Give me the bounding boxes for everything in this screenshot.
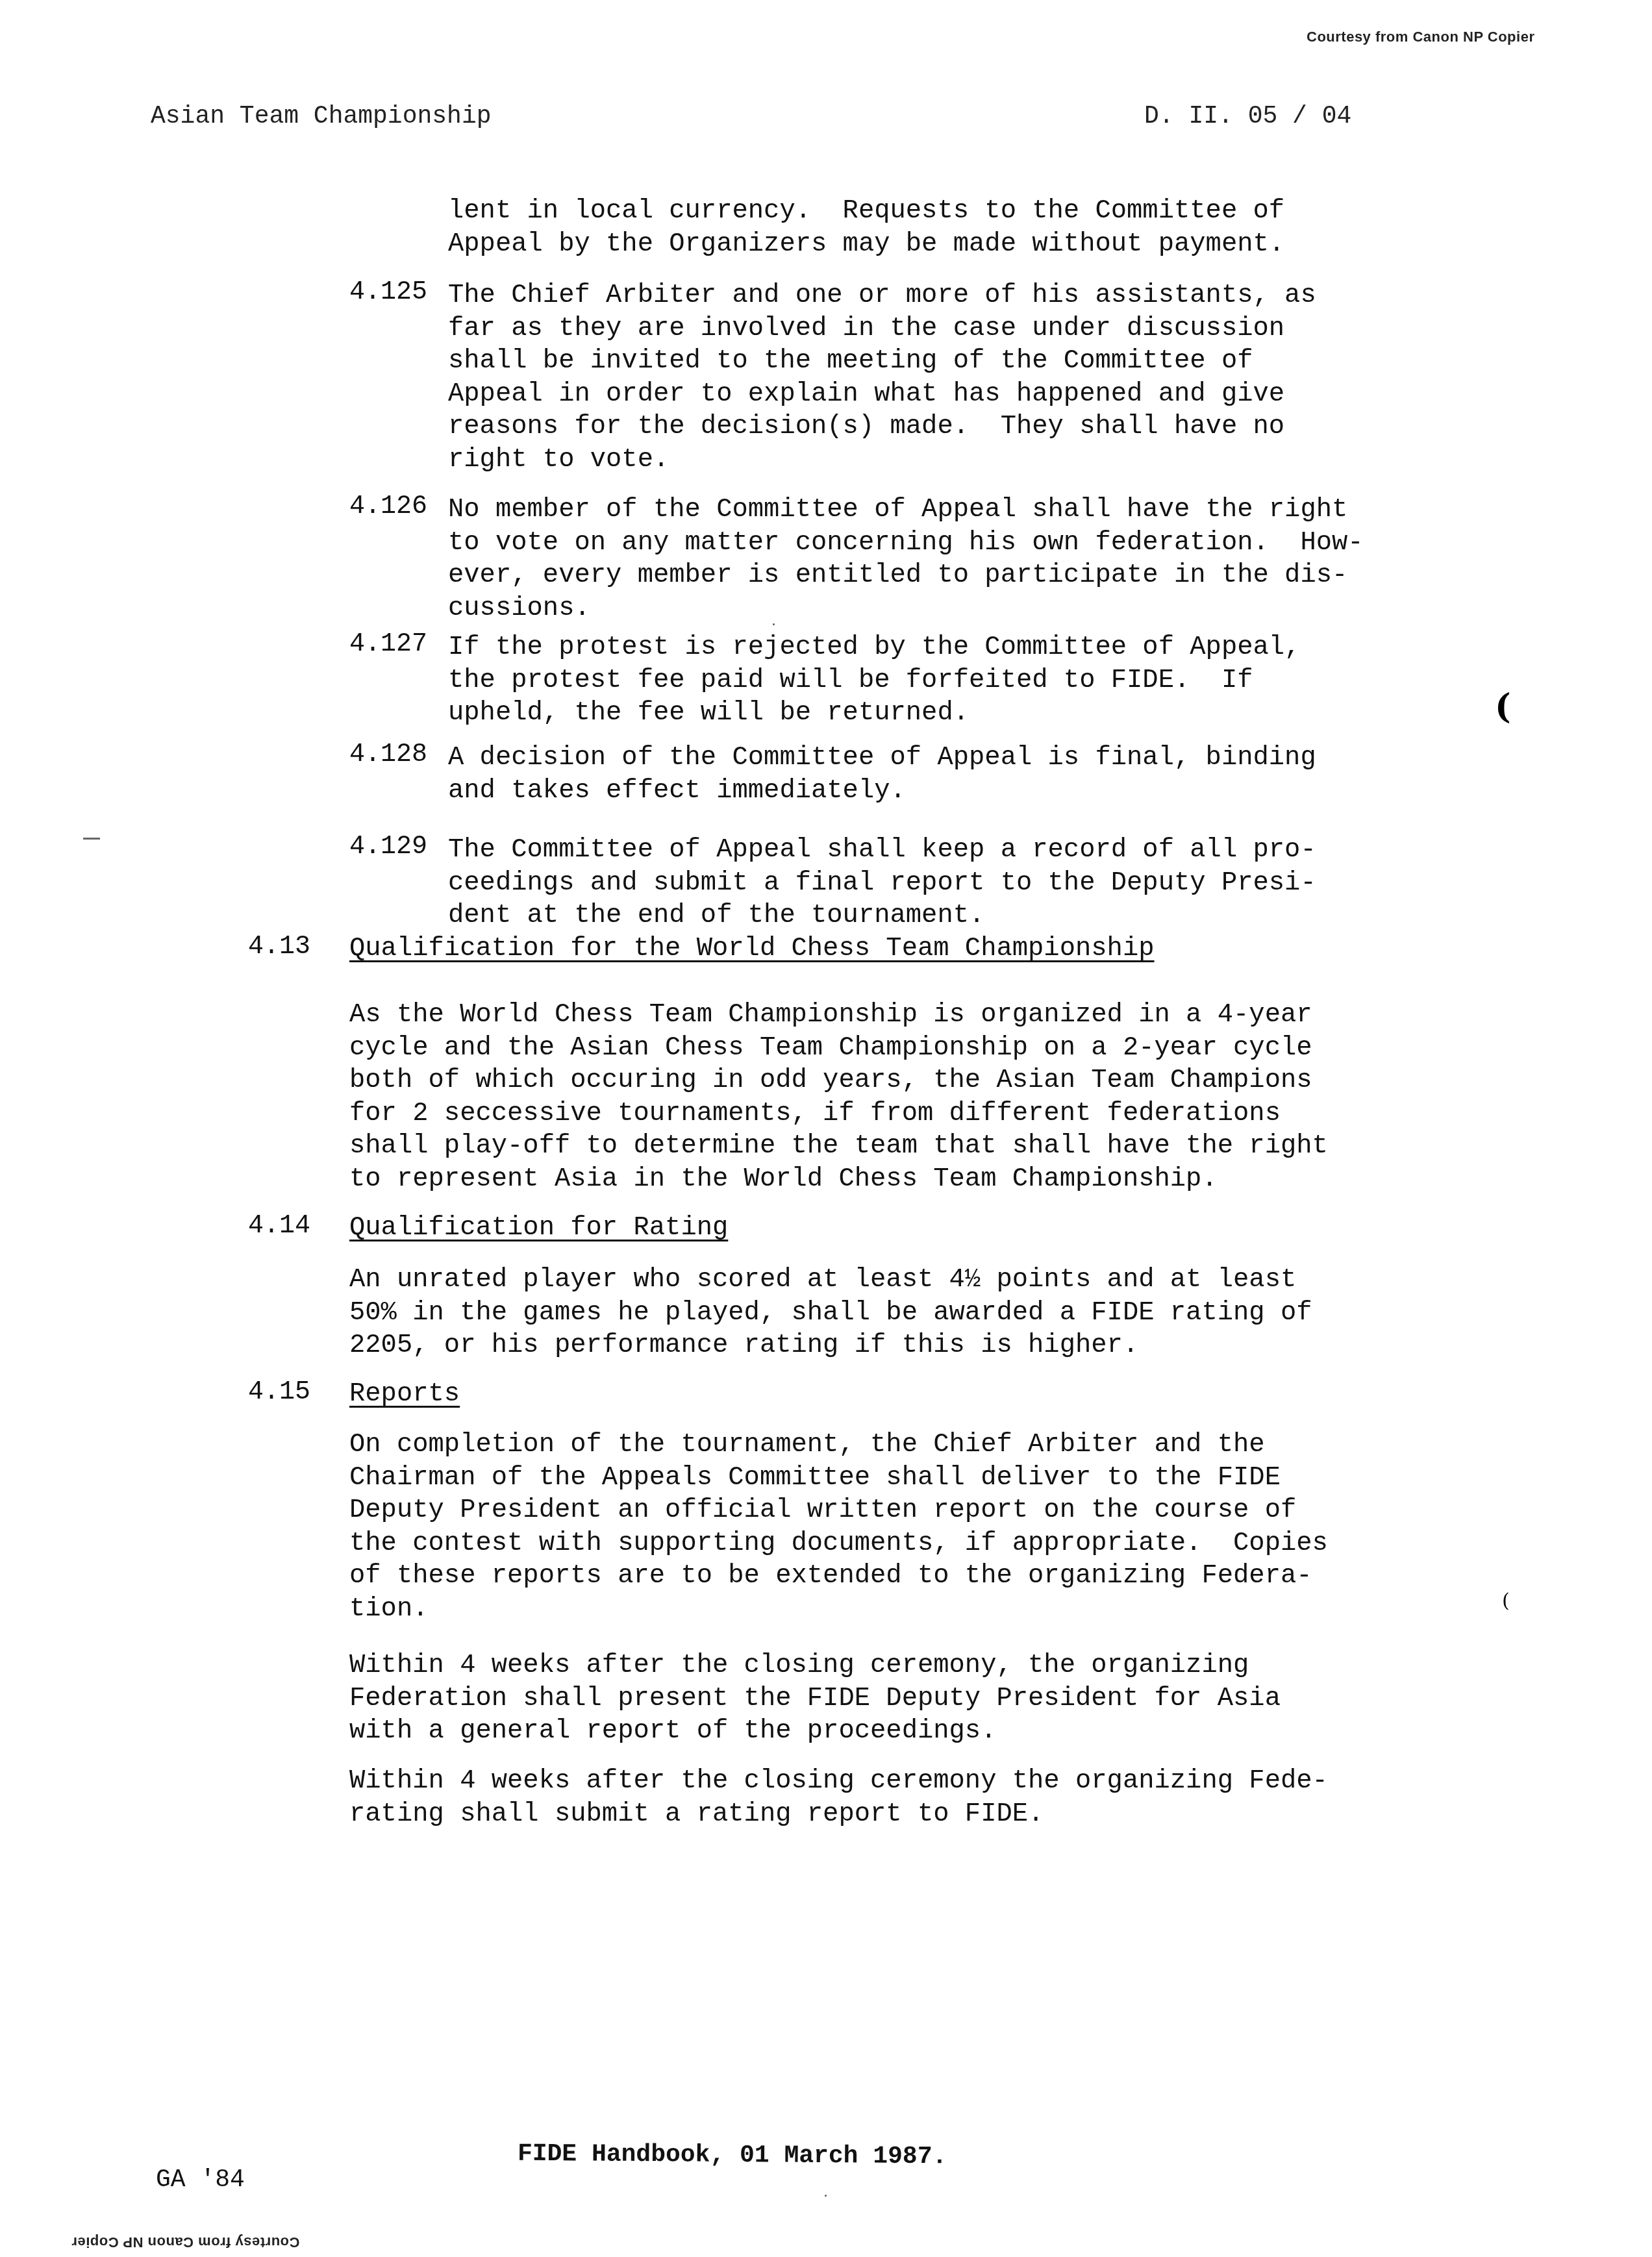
text-line: dent at the end of the tournament.	[448, 899, 1316, 932]
section-4-15-paragraph-3: Within 4 weeks after the closing ceremon…	[349, 1765, 1328, 1830]
text-line: ever, every member is entitled to partic…	[448, 559, 1364, 592]
text-line: No member of the Committee of Appeal sha…	[448, 493, 1364, 527]
text-line: lent in local currency. Requests to the …	[448, 195, 1284, 228]
text-line: both of which occuring in odd years, the…	[349, 1064, 1328, 1097]
section-heading-rating-qualification: Qualification for Rating	[349, 1212, 728, 1245]
continuation-paragraph: lent in local currency. Requests to the …	[448, 195, 1284, 260]
text-line: upheld, the fee will be returned.	[448, 697, 1300, 730]
text-line: the contest with supporting documents, i…	[349, 1527, 1328, 1560]
section-4-14-paragraph: An unrated player who scored at least 4½…	[349, 1264, 1312, 1362]
text-line: rating shall submit a rating report to F…	[349, 1798, 1328, 1831]
copier-notice-top: Courtesy from Canon NP Copier	[1307, 29, 1534, 45]
text-line: 2205, or his performance rating if this …	[349, 1329, 1312, 1362]
clause-number: 4.125	[349, 278, 427, 307]
text-line: the protest fee paid will be forfeited t…	[448, 664, 1300, 697]
text-line: Within 4 weeks after the closing ceremon…	[349, 1765, 1328, 1798]
section-heading-world-team-qualification: Qualification for the World Chess Team C…	[349, 932, 1155, 966]
text-line: Chairman of the Appeals Committee shall …	[349, 1462, 1328, 1495]
text-line: An unrated player who scored at least 4½…	[349, 1264, 1312, 1297]
scan-artifact-paren-icon: (	[1495, 687, 1511, 727]
clause-4-125: The Chief Arbiter and one or more of his…	[448, 279, 1316, 476]
text-line: of these reports are to be extended to t…	[349, 1560, 1328, 1593]
text-line: reasons for the decision(s) made. They s…	[448, 410, 1316, 443]
text-line: As the World Chess Team Championship is …	[349, 999, 1328, 1032]
clause-4-129: The Committee of Appeal shall keep a rec…	[448, 834, 1316, 932]
text-line: for 2 seccessive tournaments, if from di…	[349, 1097, 1328, 1130]
text-line: tion.	[349, 1593, 1328, 1626]
text-line: shall be invited to the meeting of the C…	[448, 345, 1316, 378]
text-line: On completion of the tournament, the Chi…	[349, 1428, 1328, 1462]
section-number: 4.15	[248, 1378, 310, 1407]
text-line: Within 4 weeks after the closing ceremon…	[349, 1649, 1281, 1682]
text-line: 50% in the games he played, shall be awa…	[349, 1297, 1312, 1330]
text-line: with a general report of the proceedings…	[349, 1715, 1281, 1748]
section-number: 4.13	[248, 932, 310, 962]
text-line: to represent Asia in the World Chess Tea…	[349, 1163, 1328, 1196]
text-line: Federation shall present the FIDE Deputy…	[349, 1682, 1281, 1715]
text-line: to vote on any matter concerning his own…	[448, 527, 1364, 560]
document-reference: D. II. 05 / 04	[1144, 103, 1351, 131]
text-line: If the protest is rejected by the Commit…	[448, 631, 1300, 664]
text-line: The Chief Arbiter and one or more of his…	[448, 279, 1316, 312]
text-line: cussions.	[448, 592, 1364, 625]
text-line: Deputy President an official written rep…	[349, 1494, 1328, 1527]
section-number: 4.14	[248, 1212, 310, 1241]
text-line: shall play-off to determine the team tha…	[349, 1130, 1328, 1163]
text-line: A decision of the Committee of Appeal is…	[448, 742, 1316, 775]
text-line: cycle and the Asian Chess Team Champions…	[349, 1032, 1328, 1065]
text-line: right to vote.	[448, 443, 1316, 477]
clause-number: 4.126	[349, 492, 427, 521]
copier-notice-bottom-inverted: Courtesy from Canon NP Copier	[71, 2234, 299, 2251]
clause-4-128: A decision of the Committee of Appeal is…	[448, 742, 1316, 807]
scan-artifact-dot	[773, 623, 775, 625]
section-4-15-paragraph-2: Within 4 weeks after the closing ceremon…	[349, 1649, 1281, 1748]
section-4-13-paragraph: As the World Chess Team Championship is …	[349, 999, 1328, 1195]
text-line: The Committee of Appeal shall keep a rec…	[448, 834, 1316, 867]
clause-number: 4.128	[349, 740, 427, 769]
text-line: Appeal in order to explain what has happ…	[448, 378, 1316, 411]
footer-code: GA '84	[156, 2166, 245, 2194]
text-line: and takes effect immediately.	[448, 775, 1316, 808]
scan-artifact-paren-icon: (	[1502, 1590, 1510, 1612]
scan-artifact-dash	[83, 838, 100, 840]
text-line: Appeal by the Organizers may be made wit…	[448, 228, 1284, 261]
document-header-title: Asian Team Championship	[151, 103, 492, 131]
section-4-15-paragraph-1: On completion of the tournament, the Chi…	[349, 1428, 1328, 1625]
section-heading-reports: Reports	[349, 1378, 460, 1411]
clause-number: 4.127	[349, 630, 427, 659]
clause-number: 4.129	[349, 832, 427, 862]
text-line: ceedings and submit a final report to th…	[448, 867, 1316, 900]
text-line: far as they are involved in the case und…	[448, 312, 1316, 345]
scan-artifact-dot	[825, 2195, 827, 2197]
footer-source: FIDE Handbook, 01 March 1987.	[518, 2140, 947, 2171]
clause-4-127: If the protest is rejected by the Commit…	[448, 631, 1300, 730]
clause-4-126: No member of the Committee of Appeal sha…	[448, 493, 1364, 625]
